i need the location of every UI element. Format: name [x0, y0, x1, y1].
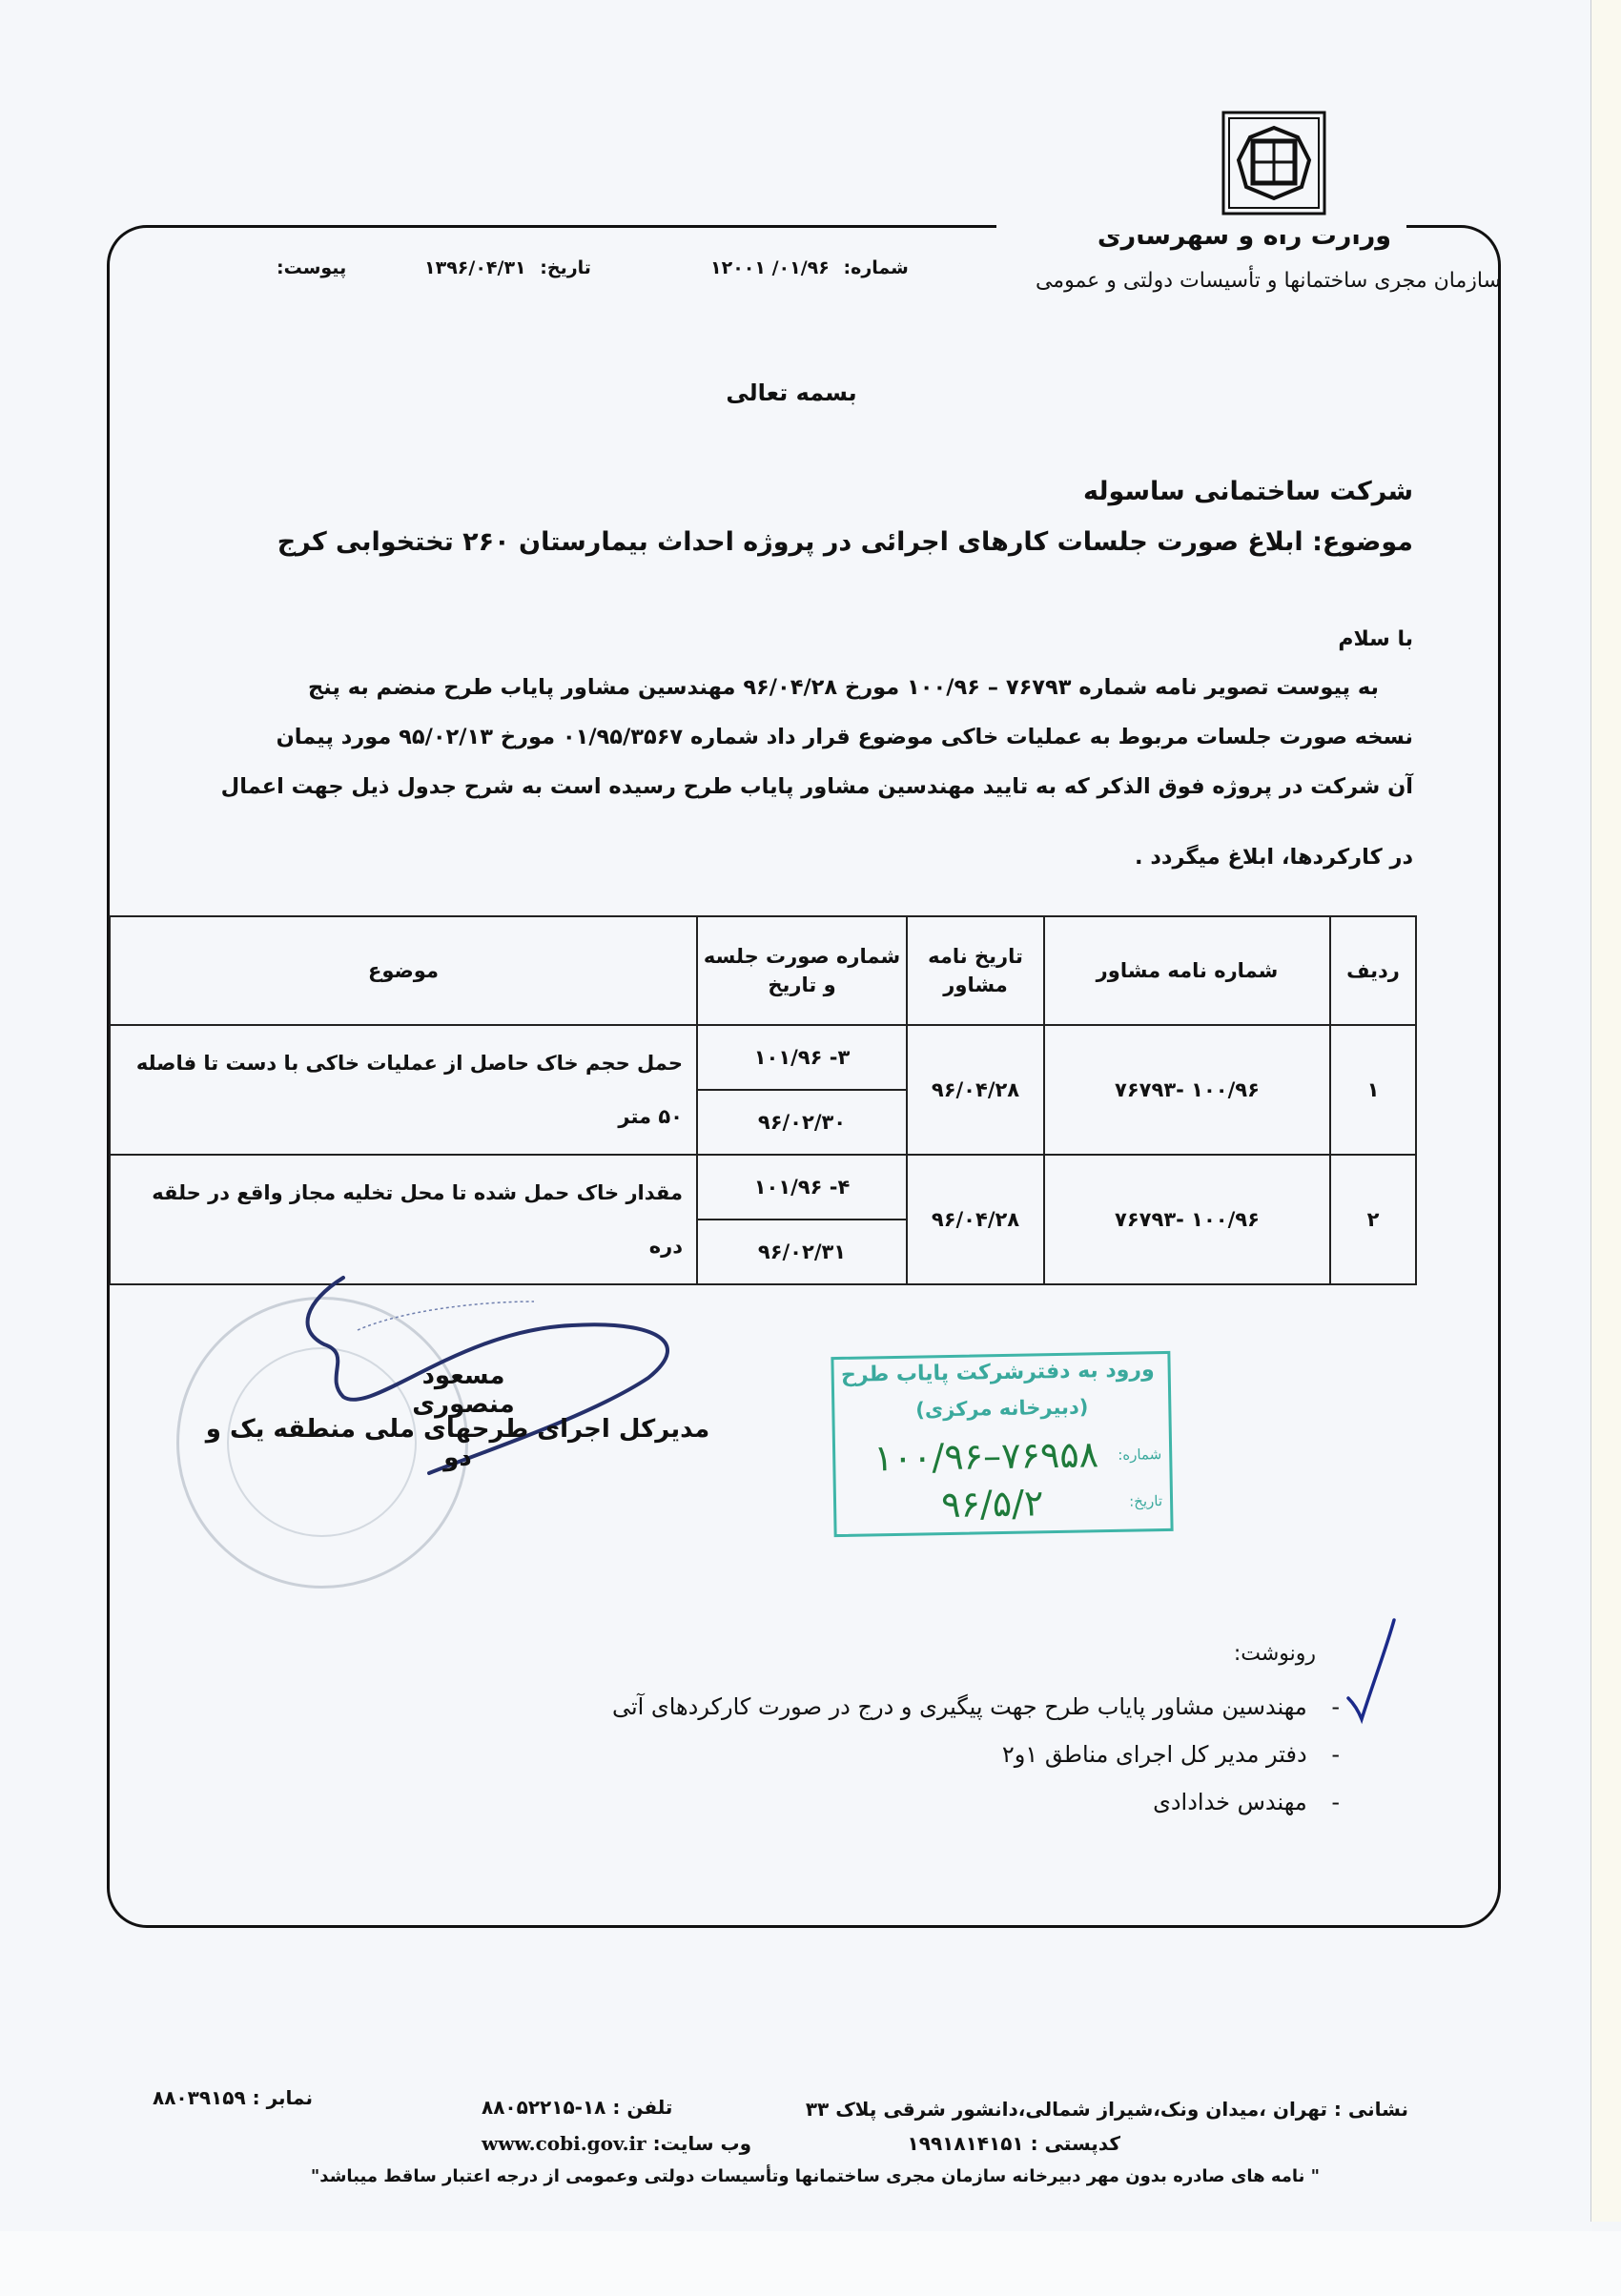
bismillah-heading: بسمه تعالی: [667, 379, 915, 406]
cell-consultant-letter-date: ۹۶/۰۴/۲۸: [907, 1025, 1044, 1155]
body-line: به پیوست تصویر نامه شماره ۷۶۷۹۳ – ۱۰۰/۹۶…: [112, 663, 1413, 712]
footer-address: نشانی : تهران ،میدان ونک،شیراز شمالی،دان…: [806, 2098, 1408, 2121]
cc-item: دفتر مدیر کل اجرای مناطق ۱و۲: [612, 1731, 1340, 1778]
table-row: ۱ ۱۰۰/۹۶ -۷۶۷۹۳ ۹۶/۰۴/۲۸ ۳- ۱۰۱/۹۶ حمل ح…: [110, 1025, 1416, 1090]
footer-postal-code: کدپستی : ۱۹۹۱۸۱۴۱۵۱: [908, 2132, 1120, 2155]
recipient: شرکت ساختمانی ساسوله: [1083, 477, 1413, 506]
cell-consultant-letter-no: ۱۰۰/۹۶ -۷۶۷۹۳: [1044, 1025, 1330, 1155]
number-label: شماره:: [844, 257, 909, 278]
header-consultant-letter-no: شماره نامه مشاور: [1044, 916, 1330, 1025]
stamp-date-value: ۹۶/۵/۲: [941, 1482, 1044, 1526]
cell-consultant-letter-no: ۱۰۰/۹۶ -۷۶۷۹۳: [1044, 1155, 1330, 1284]
body-line: آن شرکت در پروژه فوق الذکر که به تایید م…: [112, 762, 1413, 811]
stamp-number-label: شماره:: [1118, 1445, 1161, 1464]
header-session-no-date: شماره صورت جلسه و تاریخ: [697, 916, 907, 1025]
letter-number: شماره: ۰۱/۹۶/ ۱۲۰۰۱: [710, 257, 909, 278]
header-radif: ردیف: [1330, 916, 1416, 1025]
receipt-stamp: ورود به دفترشرکت پایاب طرح (دبیرخانه مرک…: [831, 1351, 1173, 1537]
cell-consultant-letter-date: ۹۶/۰۴/۲۸: [907, 1155, 1044, 1284]
body-line: در کارکردها، ابلاغ میگردد .: [112, 832, 1413, 882]
ministry-emblem-icon: [1221, 111, 1326, 215]
stamp-line-2: (دبیرخانه مرکزی): [915, 1395, 1088, 1421]
stamp-number-value: ۱۰۰/۹۶–۷۶۹۵۸: [873, 1433, 1099, 1479]
paper-edge: [1590, 0, 1621, 2222]
cc-item: مهندسین مشاور پایاب طرح جهت پیگیری و درج…: [612, 1683, 1340, 1731]
cell-session-no: ۳- ۱۰۱/۹۶: [697, 1025, 907, 1090]
footer-phone: تلفن : ۱۸-۸۸۰۵۲۲۱۵: [482, 2096, 672, 2119]
stamp-date-label: تاریخ:: [1129, 1492, 1162, 1510]
website-label: وب سایت:: [653, 2132, 751, 2155]
cell-radif: ۲: [1330, 1155, 1416, 1284]
scan-margin: [0, 2231, 1621, 2296]
cell-topic: مقدار خاک حمل شده تا محل تخلیه مجاز واقع…: [110, 1155, 697, 1284]
sessions-table: ردیف شماره نامه مشاور تاریخ نامه مشاور ش…: [109, 915, 1417, 1285]
checkmark-icon: [1344, 1616, 1402, 1731]
cc-item: مهندس خدادادی: [612, 1778, 1340, 1826]
table-row: ۲ ۱۰۰/۹۶ -۷۶۷۹۳ ۹۶/۰۴/۲۸ ۴- ۱۰۱/۹۶ مقدار…: [110, 1155, 1416, 1220]
cc-list: مهندسین مشاور پایاب طرح جهت پیگیری و درج…: [612, 1683, 1340, 1826]
header-topic: موضوع: [110, 916, 697, 1025]
footer-website: وب سایت: www.cobi.gov.ir: [482, 2132, 751, 2155]
header-consultant-letter-date: تاریخ نامه مشاور: [907, 916, 1044, 1025]
subject-line: موضوع: ابلاغ صورت جلسات کارهای اجرائی در…: [277, 527, 1413, 557]
letter-date: تاریخ: ۱۳۹۶/۰۴/۳۱: [424, 257, 591, 278]
cell-radif: ۱: [1330, 1025, 1416, 1155]
website-link[interactable]: www.cobi.gov.ir: [482, 2132, 646, 2155]
stamp-line-1: ورود به دفترشرکت پایاب طرح: [841, 1358, 1155, 1387]
signatory-name: مسعود منصوری: [368, 1362, 559, 1419]
frame-gap: [996, 215, 1406, 235]
date-value: ۱۳۹۶/۰۴/۳۱: [424, 257, 526, 278]
greeting: با سلام: [1338, 627, 1413, 651]
body-line: نسخه صورت جلسات مربوط به عملیات خاکی موض…: [112, 712, 1413, 762]
cc-label: رونوشت:: [1234, 1642, 1316, 1666]
cell-session-no: ۴- ۱۰۱/۹۶: [697, 1155, 907, 1220]
date-label: تاریخ:: [540, 257, 591, 278]
cell-session-date: ۹۶/۰۲/۳۰: [697, 1090, 907, 1155]
table-header-row: ردیف شماره نامه مشاور تاریخ نامه مشاور ش…: [110, 916, 1416, 1025]
signatory-title: مدیرکل اجرای طرحهای ملی منطقه یک و دو: [191, 1415, 725, 1472]
footer-fax: نمابر : ۸۸۰۳۹۱۵۹: [153, 2086, 313, 2109]
number-value: ۰۱/۹۶/ ۱۲۰۰۱: [710, 257, 830, 278]
cell-topic: حمل حجم خاک حاصل از عملیات خاکی با دست ت…: [110, 1025, 697, 1155]
footer-validity-note: " نامه های صادره بدون مهر دبیرخانه سازما…: [248, 2166, 1383, 2186]
letter-body: به پیوست تصویر نامه شماره ۷۶۷۹۳ – ۱۰۰/۹۶…: [112, 663, 1413, 882]
attachment-label: پیوست:: [277, 257, 346, 278]
